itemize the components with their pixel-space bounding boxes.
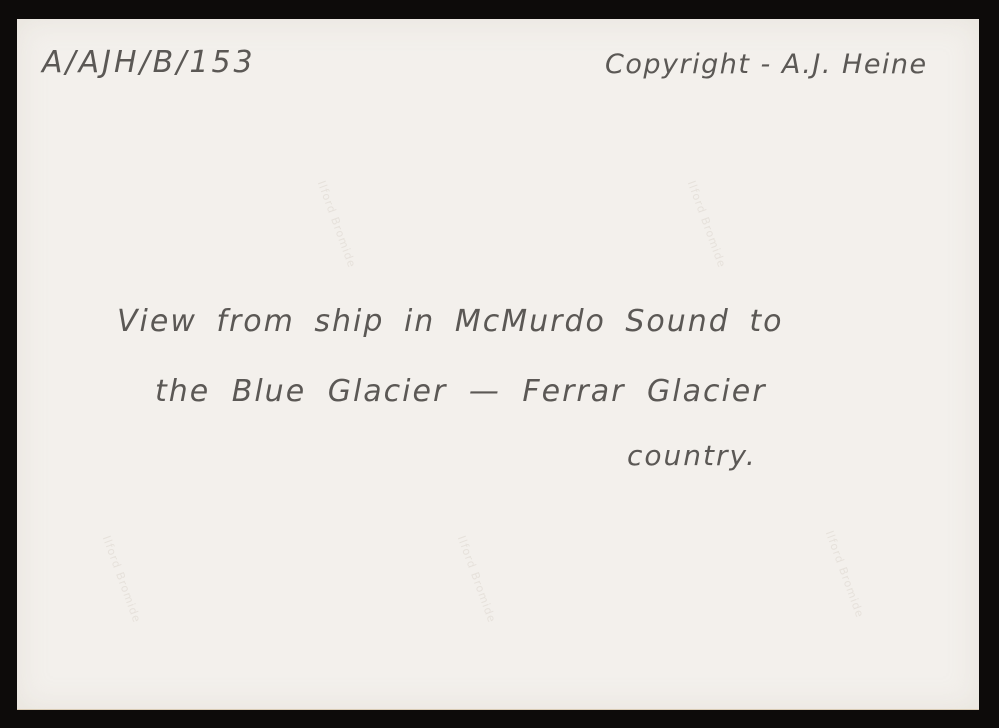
copyright-note: Copyright - A.J. Heine [605,49,928,80]
paper-watermark: Ilford Bromide [823,529,867,620]
paper-watermark: Ilford Bromide [455,534,499,625]
photo-verso-card: Ilford Bromide Ilford Bromide Ilford Bro… [17,19,979,710]
caption-line-1: View from ship in McMurdo Sound to [117,304,784,339]
caption-line-3: country. [627,439,757,472]
paper-watermark: Ilford Bromide [315,179,359,270]
paper-watermark: Ilford Bromide [685,179,729,270]
reference-number: A/AJH/B/153 [42,45,256,80]
paper-watermark: Ilford Bromide [100,534,144,625]
caption-line-2: the Blue Glacier — Ferrar Glacier [155,374,767,409]
